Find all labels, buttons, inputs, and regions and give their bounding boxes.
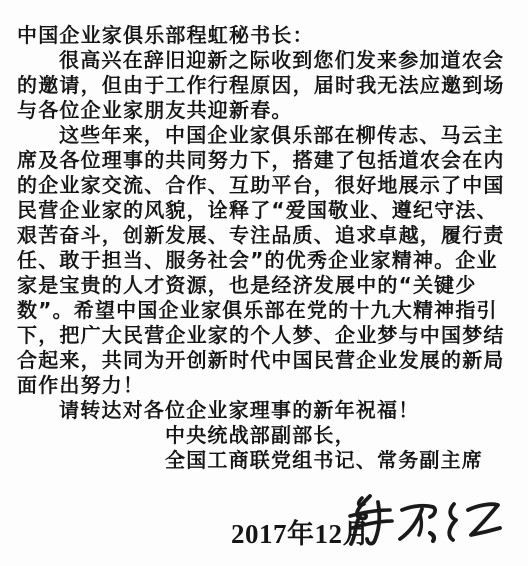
handwritten-signature xyxy=(340,488,508,554)
letter-line: 的企业家交流、合作、互助平台，很好地展示了中国 xyxy=(17,173,515,198)
salutation-line: 中国企业家俱乐部程虹秘书长： xyxy=(17,23,515,48)
date-signature-row: 2017年12月 xyxy=(0,486,528,558)
letter-line: 家是宝贵的人才资源，也是经济发展中的“关键少 xyxy=(17,273,515,298)
letter-line: 很高兴在辞旧迎新之际收到您们发来参加道农会 xyxy=(17,48,515,73)
letter-line: 的邀请，但由于工作行程原因，届时我无法应邀到场 xyxy=(17,73,515,98)
letter-line: 请转达对各位企业家理事的新年祝福！ xyxy=(17,398,515,423)
letter-line: 民营企业家的风貌，诠释了“爱国敬业、遵纪守法、 xyxy=(17,198,515,223)
letter-line: 下，把广大民营企业家的个人梦、企业梦与中国梦结 xyxy=(17,323,515,348)
letter-page: 中国企业家俱乐部程虹秘书长： 很高兴在辞旧迎新之际收到您们发来参加道农会 的邀请… xyxy=(0,0,528,566)
letter-line: 数”。希望中国企业家俱乐部在党的十九大精神指引 xyxy=(17,298,515,323)
letter-body: 中国企业家俱乐部程虹秘书长： 很高兴在辞旧迎新之际收到您们发来参加道农会 的邀请… xyxy=(17,23,515,473)
signer-title-line: 全国工商联党组书记、常务副主席 xyxy=(17,448,515,473)
letter-line: 艰苦奋斗，创新发展、专注品质、追求卓越，履行责 xyxy=(17,223,515,248)
letter-line: 合起来，共同为开创新时代中国民营企业发展的新局 xyxy=(17,348,515,373)
letter-line: 面作出努力！ xyxy=(17,373,515,398)
letter-line: 与各位企业家朋友共迎新春。 xyxy=(17,98,515,123)
letter-line: 这些年来，中国企业家俱乐部在柳传志、马云主 xyxy=(17,123,515,148)
signer-title-line: 中央统战部副部长， xyxy=(17,423,515,448)
letter-line: 任、敢于担当、服务社会”的优秀企业家精神。企业 xyxy=(17,248,515,273)
letter-line: 席及各位理事的共同努力下，搭建了包括道农会在内 xyxy=(17,148,515,173)
